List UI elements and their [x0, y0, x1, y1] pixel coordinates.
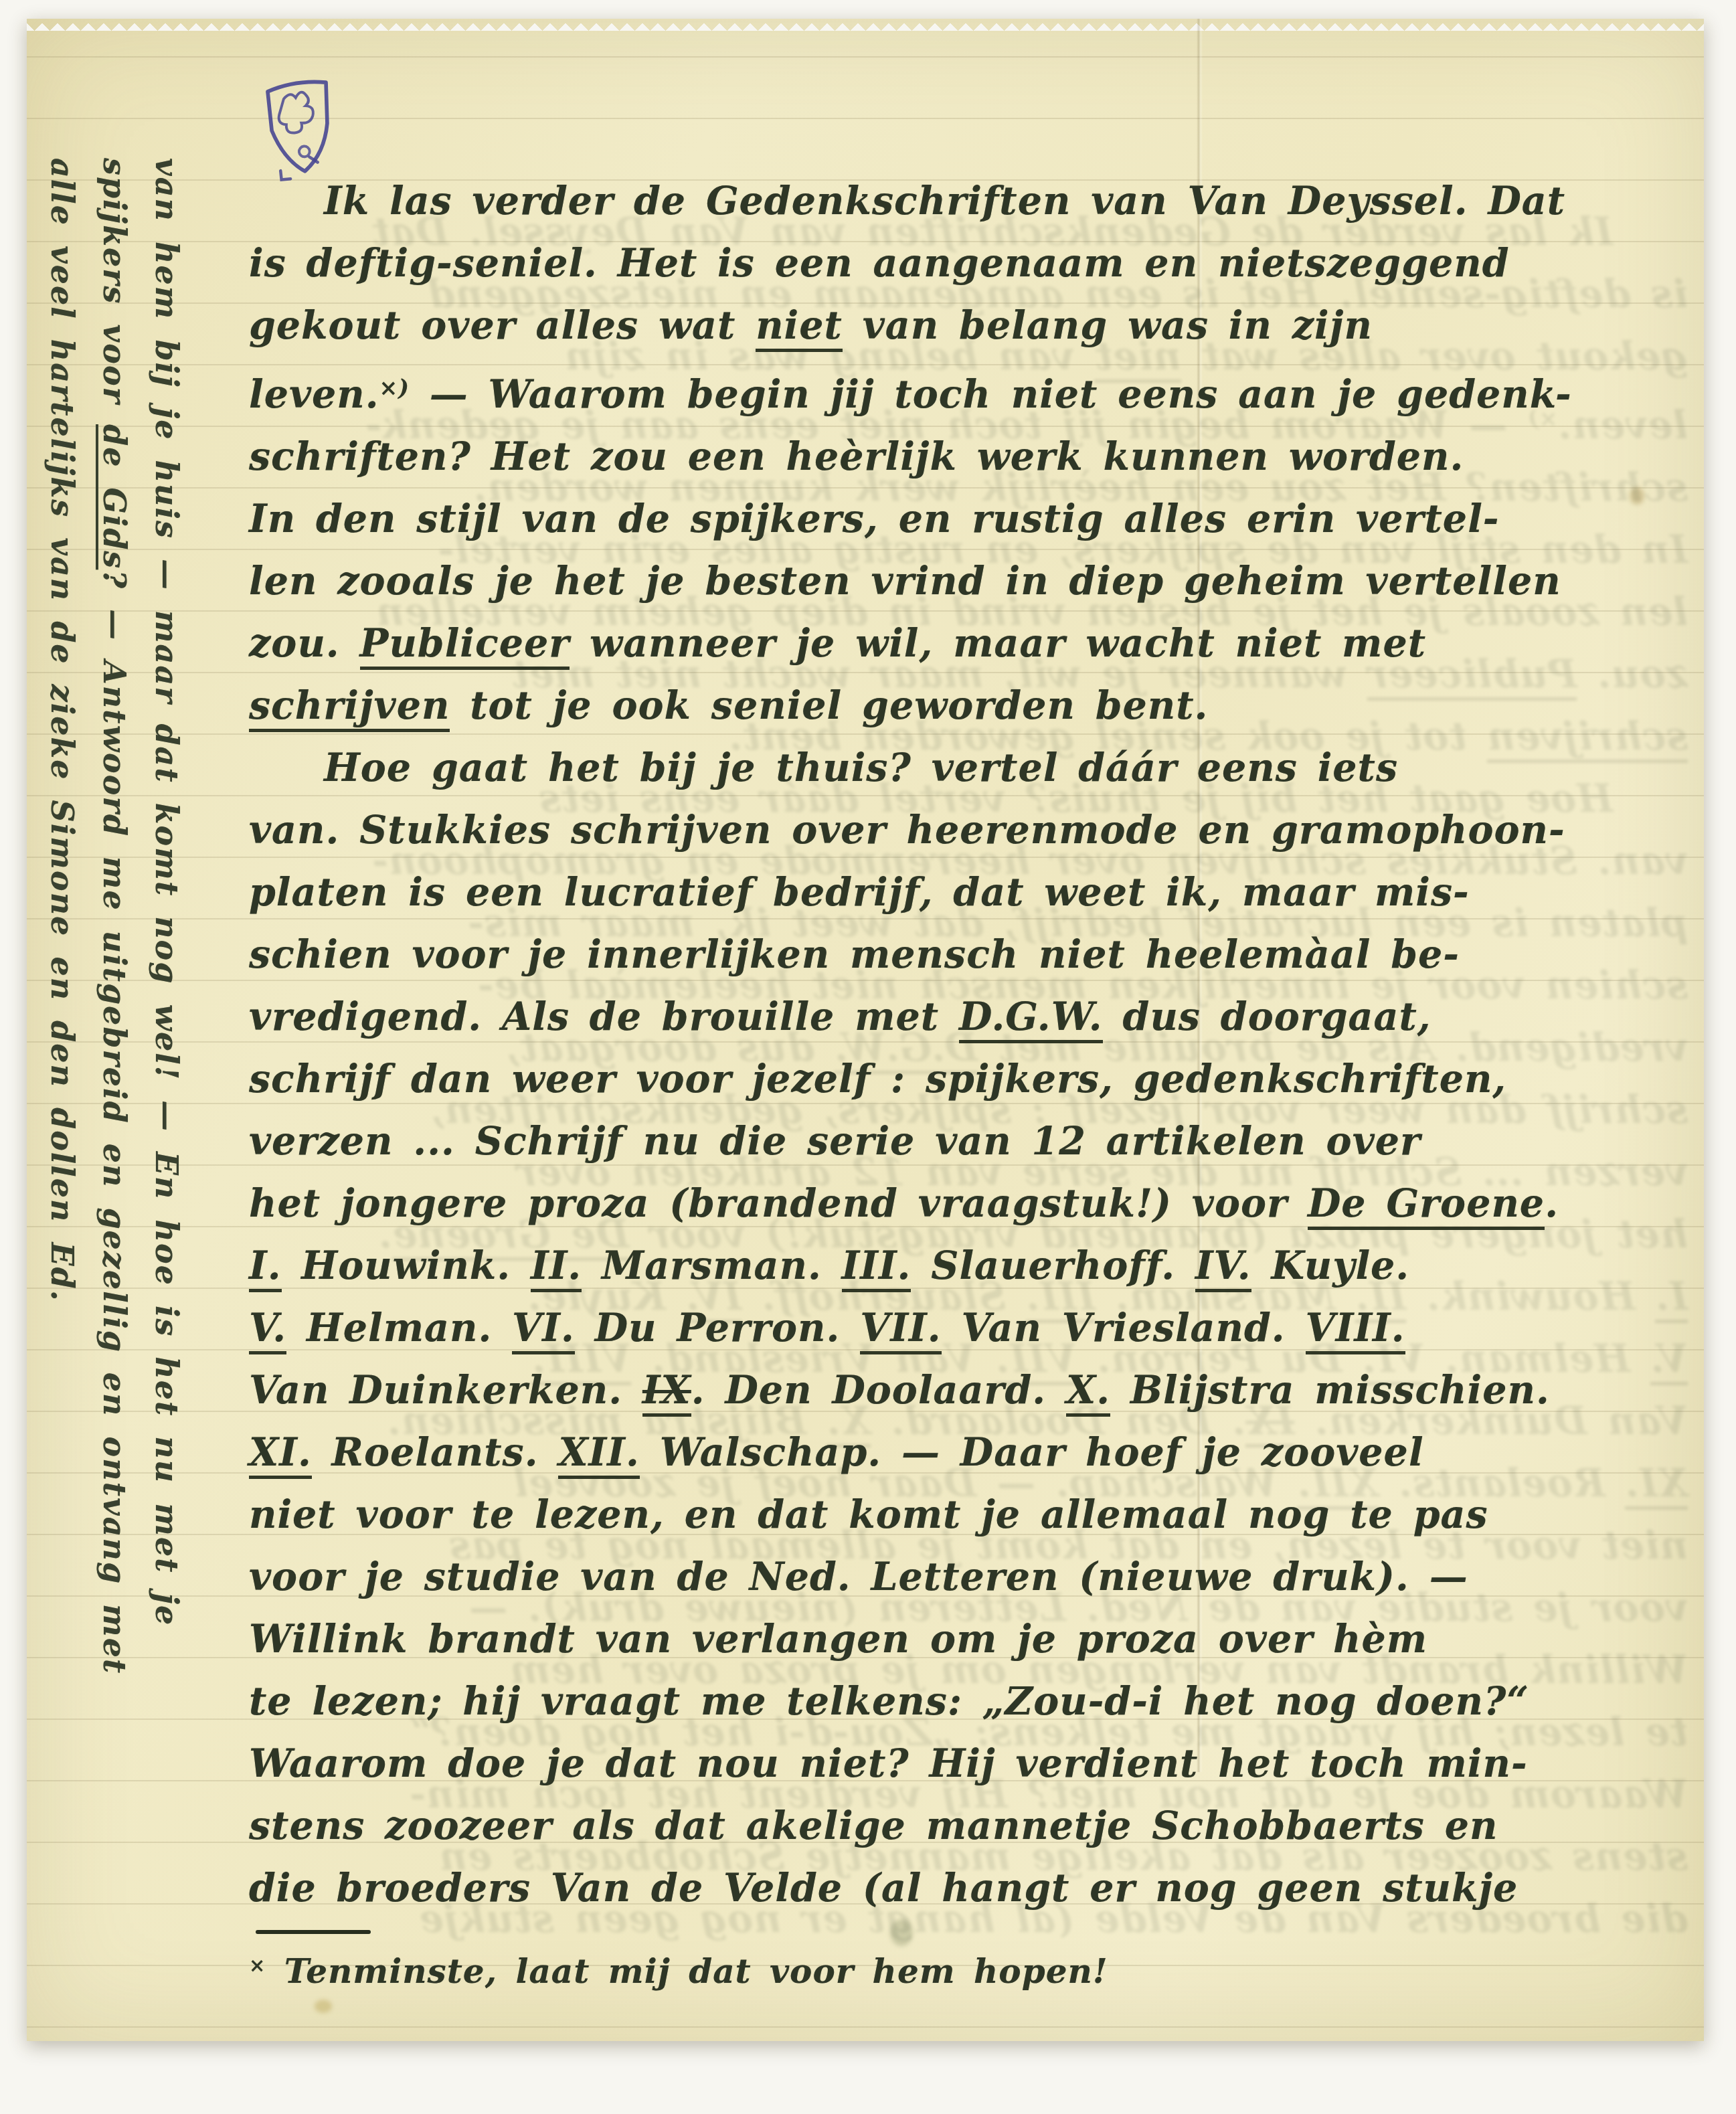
body-text: Ik las verder de Gedenkschriften van Van… [249, 170, 1688, 2000]
text-line: I. Houwink. II. Marsman. III. Slauerhoff… [249, 1235, 1688, 1297]
body-lines: Ik las verder de Gedenkschriften van Van… [249, 170, 1688, 1919]
text-line: die broeders Van de Velde (al hangt er n… [249, 1857, 1688, 1919]
margin-line: spijkers voor de Gids? — Antwoord me uit… [88, 158, 141, 2065]
text-line: XI. Roelants. XII. Walschap. — Daar hoef… [249, 1421, 1688, 1484]
text-line: V. Helman. VI. Du Perron. VII. Van Vries… [249, 1297, 1688, 1359]
paper-stain [315, 2000, 332, 2013]
text-line: voor je studie van de Ned. Letteren (nie… [249, 1546, 1688, 1608]
collection-stamp-icon [256, 72, 345, 185]
text-line: stens zoozeer als dat akelige mannetje S… [249, 1795, 1688, 1857]
text-line: schriften? Het zou een heèrlijk werk kun… [249, 426, 1688, 488]
text-line: Ik las verder de Gedenkschriften van Van… [249, 170, 1688, 232]
text-line: vredigend. Als de brouille met D.G.W. du… [249, 986, 1688, 1048]
text-line: niet voor te lezen, en dat komt je allem… [249, 1484, 1688, 1546]
text-line: In den stijl van de spijkers, en rustig … [249, 488, 1688, 550]
text-line: platen is een lucratief bedrijf, dat wee… [249, 861, 1688, 923]
letter-paper: Ik las verder de Gedenkschriften van Van… [27, 19, 1704, 2041]
text-line: Waarom doe je dat nou niet? Hij verdient… [249, 1733, 1688, 1795]
text-line: van. Stukkies schrijven over heerenmode … [249, 799, 1688, 861]
page-root: { "document": { "type": "Gescande handge… [0, 0, 1736, 2114]
text-line: gekout over alles wat niet van belang wa… [249, 294, 1688, 357]
text-line: len zooals je het je besten vrind in die… [249, 550, 1688, 612]
text-line: het jongere proza (brandend vraagstuk!) … [249, 1172, 1688, 1235]
text-line: schrijven tot je ook seniel geworden ben… [249, 675, 1688, 737]
footnote-line: × Tenminste, laat mij dat voor hem hopen… [249, 1937, 1688, 2000]
text-line: Hoe gaat het bij je thuis? vertel dáár e… [249, 737, 1688, 799]
margin-line: van hem bij je huis — maar dat komt nog … [141, 158, 193, 2065]
text-line: Willink brandt van verlangen om je proza… [249, 1608, 1688, 1670]
text-line: schien voor je innerlijken mensch niet h… [249, 923, 1688, 986]
footnote: × Tenminste, laat mij dat voor hem hopen… [249, 1937, 1688, 2000]
text-line: schrijf dan weer voor jezelf : spijkers,… [249, 1048, 1688, 1110]
text-line: zou. Publiceer wanneer je wil, maar wach… [249, 612, 1688, 675]
text-line: is deftig-seniel. Het is een aangenaam e… [249, 232, 1688, 294]
text-line: verzen ... Schrijf nu die serie van 12 a… [249, 1110, 1688, 1172]
text-line: leven.×) — Waarom begin jij toch niet ee… [249, 357, 1688, 426]
text-line: te lezen; hij vraagt me telkens: „Zou-d-… [249, 1670, 1688, 1733]
text-line: Van Duinkerken. IX. Den Doolaard. X. Bli… [249, 1359, 1688, 1421]
footnote-separator [256, 1930, 371, 1934]
margin-annotation: van hem bij je huis — maar dat komt nog … [36, 158, 193, 2065]
perforated-edge [27, 19, 1704, 31]
margin-line: alle veel hartelijks van de zieke Simone… [36, 158, 88, 2065]
